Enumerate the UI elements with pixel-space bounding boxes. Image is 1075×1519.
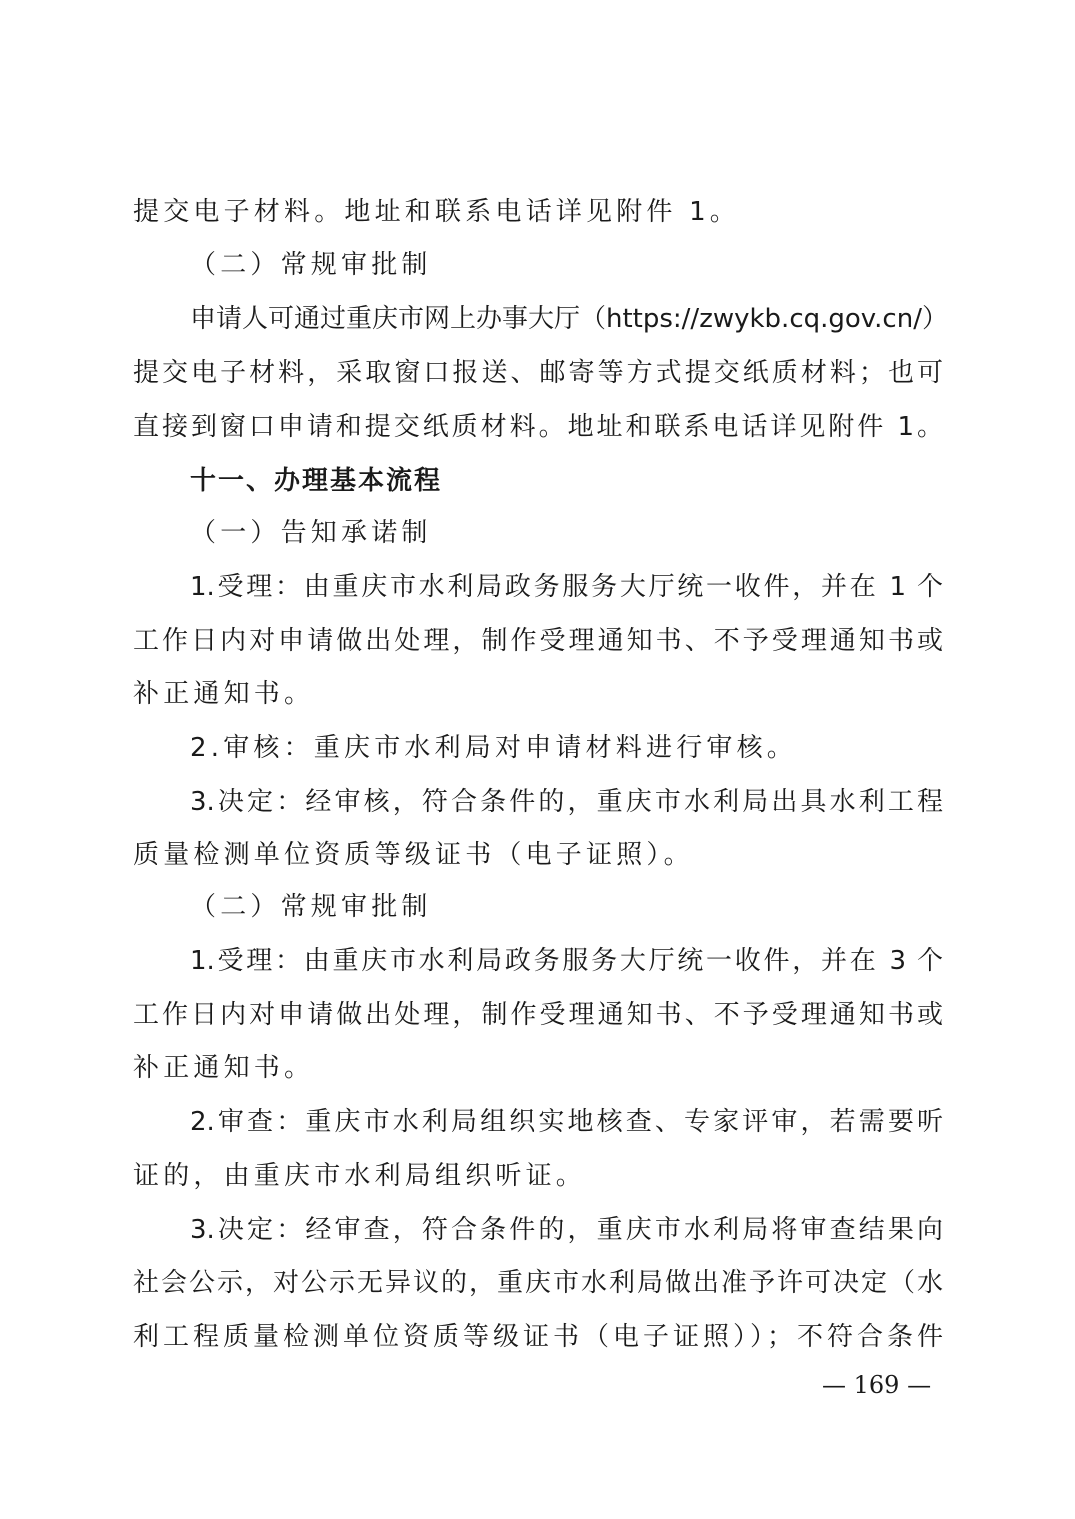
text-line-13: 质量检测单位资质等级证书（电子证照）。 [133, 837, 943, 873]
text-line-19: 证的，由重庆市水利局组织听证。 [133, 1158, 943, 1194]
text-line-22: 利工程质量检测单位资质等级证书（电子证照））；不符合条件 [133, 1319, 943, 1355]
text-line-1: 提交电子材料。地址和联系电话详见附件 1。 [133, 194, 943, 230]
text-line-4: 提交电子材料，采取窗口报送、邮寄等方式提交纸质材料；也可 [133, 355, 943, 391]
text-line-5: 直接到窗口申请和提交纸质材料。地址和联系电话详见附件 1。 [133, 409, 943, 445]
text-line-17: 补正通知书。 [133, 1050, 943, 1086]
text-line-16: 工作日内对申请做出处理，制作受理通知书、不予受理通知书或 [133, 997, 943, 1033]
section-subheading-notification-commitment: （一）告知承诺制 [190, 515, 943, 551]
page-number: — 169 — [822, 1370, 931, 1400]
text-line-11: 2.审核：重庆市水利局对申请材料进行审核。 [190, 730, 943, 766]
section-subheading-regular-approval: （二）常规审批制 [190, 247, 943, 283]
text-line-18: 2.审查：重庆市水利局组织实地核查、专家评审，若需要听 [190, 1104, 943, 1140]
section-heading-basic-process: 十一、办理基本流程 [190, 463, 943, 499]
text-line-21: 社会公示，对公示无异议的，重庆市水利局做出准予许可决定（水 [133, 1265, 943, 1301]
text-line-9: 工作日内对申请做出处理，制作受理通知书、不予受理通知书或 [133, 623, 943, 659]
text-line-12: 3.决定：经审核，符合条件的，重庆市水利局出具水利工程 [190, 784, 943, 820]
text-line-8: 1.受理：由重庆市水利局政务服务大厅统一收件，并在 1 个 [190, 569, 943, 605]
text-line-10: 补正通知书。 [133, 676, 943, 712]
section-subheading-regular-approval-2: （二）常规审批制 [190, 889, 943, 925]
text-line-15: 1.受理：由重庆市水利局政务服务大厅统一收件，并在 3 个 [190, 943, 943, 979]
text-line-20: 3.决定：经审查，符合条件的，重庆市水利局将审查结果向 [190, 1212, 943, 1248]
text-line-3: 申请人可通过重庆市网上办事大厅（https://zwykb.cq.gov.cn/… [190, 301, 943, 337]
